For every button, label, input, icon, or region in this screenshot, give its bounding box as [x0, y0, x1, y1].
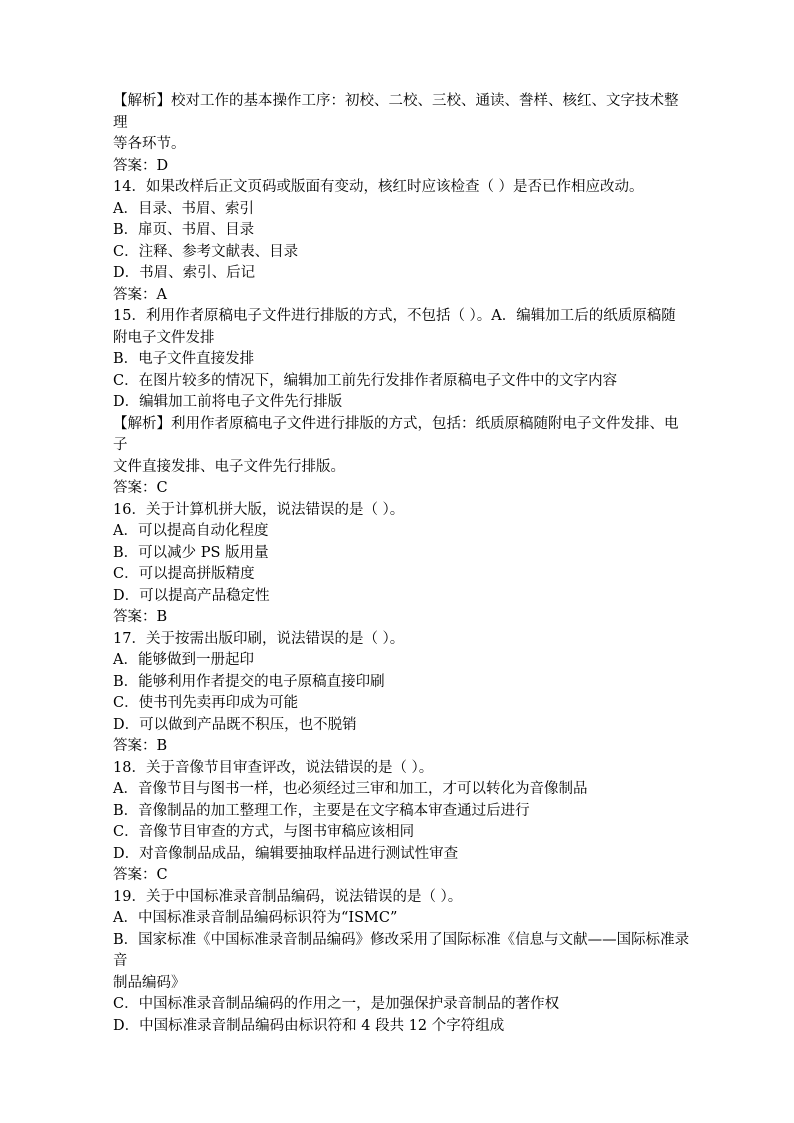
text-line: 17．关于按需出版印刷，说法错误的是（ ）。	[113, 629, 713, 651]
text-line: 15．利用作者原稿电子文件进行排版的方式，不包括（ ）。A．编辑加工后的纸质原稿…	[113, 306, 713, 328]
text-line: B．扉页、书眉、目录	[113, 220, 713, 242]
text-line: B．能够利用作者提交的电子原稿直接印刷	[113, 672, 713, 694]
document-body: 【解析】校对工作的基本操作工序：初校、二校、三校、通读、誊样、核红、文字技术整理…	[113, 91, 713, 1037]
text-line: C．在图片较多的情况下，编辑加工前先行发排作者原稿电子文件中的文字内容	[113, 371, 713, 393]
text-line: 18．关于音像节目审查评改，说法错误的是（ ）。	[113, 758, 713, 780]
text-line: C．中国标准录音制品编码的作用之一，是加强保护录音制品的著作权	[113, 994, 713, 1016]
text-line: D．编辑加工前将电子文件先行排版	[113, 392, 713, 414]
text-line: B．国家标准《中国标准录音制品编码》修改采用了国际标准《信息与文献——国际标准录	[113, 930, 713, 952]
text-line: 答案：D	[113, 156, 713, 178]
text-line: C．音像节目审查的方式，与图书审稿应该相同	[113, 822, 713, 844]
text-line: A．中国标准录音制品编码标识符为“ISMC”	[113, 908, 713, 930]
text-line: C．使书刊先卖再印成为可能	[113, 693, 713, 715]
text-line: 16．关于计算机拼大版，说法错误的是（ ）。	[113, 500, 713, 522]
text-line: 附电子文件发排	[113, 328, 713, 350]
text-line: C．可以提高拼版精度	[113, 564, 713, 586]
text-line: B．音像制品的加工整理工作，主要是在文字稿本审查通过后进行	[113, 801, 713, 823]
text-line: 19．关于中国标准录音制品编码，说法错误的是（ ）。	[113, 887, 713, 909]
text-line: B．电子文件直接发排	[113, 349, 713, 371]
text-line: D．可以提高产品稳定性	[113, 586, 713, 608]
text-line: 答案：A	[113, 285, 713, 307]
text-line: A．目录、书眉、索引	[113, 199, 713, 221]
text-line: 答案：B	[113, 607, 713, 629]
text-line: D．中国标准录音制品编码由标识符和 4 段共 12 个字符组成	[113, 1016, 713, 1038]
text-line: 【解析】利用作者原稿电子文件进行排版的方式，包括：纸质原稿随附电子文件发排、电	[113, 414, 713, 436]
document-page: 【解析】校对工作的基本操作工序：初校、二校、三校、通读、誊样、核红、文字技术整理…	[0, 0, 794, 1123]
text-line: 制品编码》	[113, 973, 713, 995]
text-line: D．可以做到产品既不积压，也不脱销	[113, 715, 713, 737]
text-line: 等各环节。	[113, 134, 713, 156]
text-line: C．注释、参考文献表、目录	[113, 242, 713, 264]
text-line: 理	[113, 113, 713, 135]
text-line: 答案：B	[113, 736, 713, 758]
text-line: A．音像节目与图书一样，也必须经过三审和加工，才可以转化为音像制品	[113, 779, 713, 801]
text-line: 答案：C	[113, 478, 713, 500]
text-line: 14．如果改样后正文页码或版面有变动，核红时应该检查（ ）是否已作相应改动。	[113, 177, 713, 199]
text-line: 子	[113, 435, 713, 457]
text-line: A．能够做到一册起印	[113, 650, 713, 672]
text-line: 文件直接发排、电子文件先行排版。	[113, 457, 713, 479]
text-line: 答案：C	[113, 865, 713, 887]
text-line: A．可以提高自动化程度	[113, 521, 713, 543]
text-line: D．对音像制品成品，编辑要抽取样品进行测试性审查	[113, 844, 713, 866]
text-line: 音	[113, 951, 713, 973]
text-line: B．可以减少 PS 版用量	[113, 543, 713, 565]
text-line: D．书眉、索引、后记	[113, 263, 713, 285]
text-line: 【解析】校对工作的基本操作工序：初校、二校、三校、通读、誊样、核红、文字技术整	[113, 91, 713, 113]
